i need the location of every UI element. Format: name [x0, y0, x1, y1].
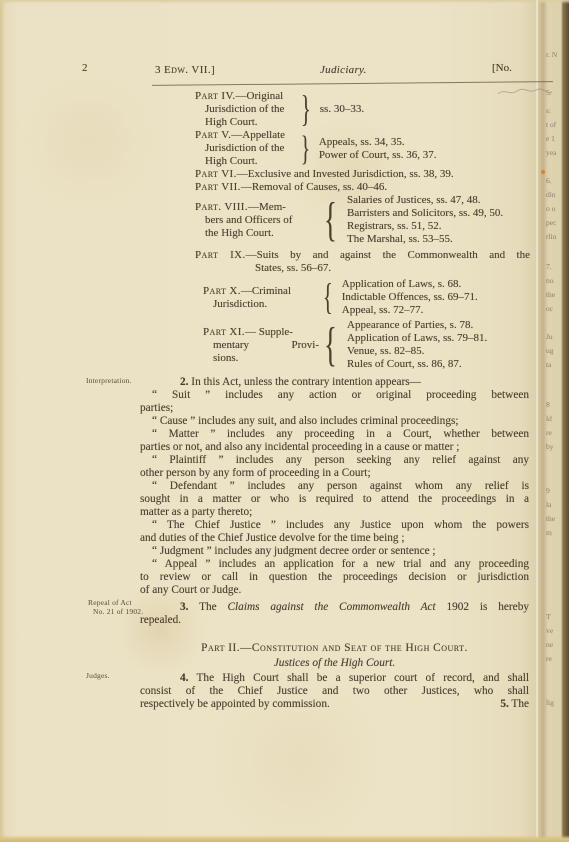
toc-part-11-sections: Rules of Court, ss. 86, 87.	[347, 358, 487, 371]
edge-text-fragment: ta	[546, 360, 552, 369]
toc-part-4-sections: ss. 30–33.	[320, 103, 364, 116]
toc-part-10-line1: Part X.—Criminal	[203, 285, 319, 298]
edge-text-fragment: lig	[546, 698, 554, 707]
edge-text-fragment: pec	[546, 218, 557, 227]
part-title: —Mem-	[248, 201, 286, 213]
definition-judgment: “ Judgment ” includes any judgment decre…	[140, 545, 529, 558]
foxing-spot	[541, 170, 545, 174]
edge-text-fragment: Ju	[546, 332, 553, 341]
margin-note-repeal: Repeal of Act No. 21 of 1902.	[88, 599, 143, 616]
edge-text-fragment: ne	[546, 640, 553, 649]
edge-text-fragment: ve	[546, 626, 553, 635]
edge-text-fragment: o o	[546, 204, 556, 213]
toc-part-8-line1: Part. VIII.—Mem-	[195, 201, 319, 214]
edge-text-fragment: 9	[546, 486, 550, 495]
definition-appeal: to review or call in question the procee…	[140, 571, 529, 584]
margin-note-repeal-line2: No. 21 of 1902.	[88, 608, 143, 617]
part-title: —Criminal	[241, 285, 291, 297]
part-title: —Appellate	[231, 129, 285, 141]
page-number: 2	[82, 62, 88, 74]
part-label: Part V.	[195, 129, 231, 141]
part-title: —Removal of Causes, ss. 40–46.	[241, 181, 387, 193]
edge-text-fragment: oc	[546, 304, 553, 313]
brace-glyph: {	[324, 196, 337, 244]
edge-text-fragment: rlin	[546, 232, 557, 241]
page-gutter-crease	[536, 0, 538, 842]
table-of-parts: Part IV.—Original Jurisdiction of the Hi…	[140, 90, 532, 371]
section-text: In this Act, unless the contrary intenti…	[188, 376, 420, 388]
edge-text-fragment: m	[546, 528, 552, 537]
toc-part-4: Part IV.—Original Jurisdiction of the Hi…	[140, 90, 532, 129]
toc-part-5: Part V.—Appellate Jurisdiction of the Hi…	[140, 129, 532, 168]
edge-text-fragment: 8	[546, 400, 550, 409]
toc-part-11-sections: Venue, ss. 82–85.	[347, 345, 487, 358]
section-4-judges: consist of the Chief Justice and two oth…	[140, 685, 529, 698]
definition-matter: “ Matter ” includes any proceeding in a …	[140, 428, 529, 441]
section-4-judges: 4. The High Court shall be a superior co…	[140, 672, 529, 685]
header-act-number: [No.	[492, 62, 512, 74]
spacer	[140, 627, 529, 642]
catchword-text: The	[509, 698, 529, 710]
definition-chief-justice: “ The Chief Justice ” includes any Justi…	[140, 519, 529, 532]
header-rule	[152, 81, 553, 86]
toc-part-5-line2: Jurisdiction of the	[195, 142, 297, 155]
part-title: —Original	[236, 90, 284, 102]
section-text: The High Court shall be a superior court…	[188, 672, 529, 684]
edge-text-fragment: yea	[546, 148, 557, 157]
definition-chief-justice: and duties of the Chief Justice devolve …	[140, 532, 529, 545]
section-text: respectively be appointed by commission.	[140, 698, 330, 711]
edge-text-fragment: T	[546, 612, 551, 621]
toc-part-11-sections: Application of Laws, ss. 79–81.	[347, 332, 487, 345]
definition-appeal: “ Appeal ” includes an application for a…	[140, 558, 529, 571]
toc-part-10-sections: Appeal, ss. 72–77.	[342, 304, 478, 317]
toc-part-10-line2: Jurisdiction.	[203, 298, 319, 311]
definition-plaintiff: other person by any form of proceeding i…	[140, 467, 529, 480]
section-text: 1902 is hereby	[436, 601, 529, 613]
toc-part-11-sections: Appearance of Parties, s. 78.	[347, 319, 487, 332]
toc-part-6: Part VI.—Exclusive and Invested Jurisdic…	[140, 168, 532, 181]
toc-part-4-line2: Jurisdiction of the	[195, 103, 297, 116]
edge-text-fragment: ld	[546, 414, 552, 423]
edge-text-fragment: ug	[546, 346, 554, 355]
part-title: —Exclusive and Invested Jurisdiction, ss…	[237, 168, 454, 180]
edge-text-fragment: the	[546, 514, 555, 523]
definition-suit: “ Suit ” includes any action or original…	[140, 389, 529, 402]
edge-text-fragment: re	[546, 654, 552, 663]
edge-text-fragment: re	[546, 428, 552, 437]
part-label: Part IV.	[195, 90, 236, 102]
edge-text-fragment: la	[546, 500, 552, 509]
part-title: —Suits by and against the Commonwealth a…	[246, 249, 530, 261]
definition-plaintiff: “ Plaintiff ” includes any person seekin…	[140, 454, 529, 467]
toc-part-8-line3: the High Court.	[195, 227, 319, 240]
edge-text-fragment: s:	[546, 106, 551, 115]
toc-part-10-sections: Indictable Offences, ss. 69–71.	[342, 291, 478, 304]
margin-note-judges: Judges.	[86, 672, 110, 681]
part-label: Part VI.	[195, 168, 237, 180]
scanned-statute-page: r. N5.s:t ofe 1yea6.dino opecrlin7.nothe…	[0, 0, 569, 842]
margin-note-interpretation: Interpretation.	[86, 377, 132, 386]
header-short-title: Judiciary.	[320, 64, 367, 76]
edge-text-fragment: din	[546, 190, 556, 199]
edge-text-fragment: the	[546, 290, 555, 299]
toc-part-5-sections: Power of Court, ss. 36, 37.	[319, 149, 437, 162]
toc-part-5-line3: High Court.	[195, 155, 297, 168]
edge-text-fragment: 7.	[546, 262, 552, 271]
toc-part-10: Part X.—Criminal Jurisdiction. { Applica…	[140, 278, 532, 317]
part-label: Part XI.	[203, 326, 245, 338]
toc-part-5-sections: Appeals, ss. 34, 35.	[319, 136, 437, 149]
toc-part-8-line2: bers and Officers of	[195, 214, 319, 227]
section-3-repeal: 3. The Claims against the Commonwealth A…	[140, 601, 529, 614]
part-label: Part. VIII.	[195, 201, 248, 213]
section-number: 5.	[500, 698, 508, 710]
brace-glyph: {	[324, 321, 337, 369]
header-regnal-year: 3 Edw. VII.]	[155, 64, 215, 76]
toc-part-9-sections: States, ss. 56–67.	[140, 262, 532, 275]
definition-suit: parties;	[140, 402, 529, 415]
part-title: — Supple-	[245, 326, 293, 338]
toc-part-9: Part IX.—Suits by and against the Common…	[140, 249, 532, 275]
toc-part-11-line2: mentary Provi-	[203, 339, 319, 352]
definition-appeal: of any Court or Judge.	[140, 584, 529, 597]
brace-glyph: }	[301, 131, 310, 166]
edge-text-fragment: by	[546, 442, 554, 451]
section-3-repeal: repealed.	[140, 614, 529, 627]
toc-part-8: Part. VIII.—Mem- bers and Officers of th…	[140, 194, 532, 246]
edge-text-fragment: no	[546, 276, 554, 285]
section-2-opening: 2. In this Act, unless the contrary inte…	[140, 376, 529, 389]
part-label: Part VII.	[195, 181, 241, 193]
toc-part-10-sections: Application of Laws, s. 68.	[342, 278, 478, 291]
definition-cause: “ Cause ” includes any suit, and also in…	[140, 415, 529, 428]
edge-text-fragment: e 1	[546, 134, 555, 143]
justices-subheading: Justices of the High Court.	[140, 657, 529, 670]
toc-part-5-line1: Part V.—Appellate	[195, 129, 297, 142]
toc-part-4-line3: High Court.	[195, 116, 297, 129]
definition-defendant: matter as a party thereto;	[140, 506, 529, 519]
brace-glyph: {	[323, 279, 333, 316]
toc-part-11-line1: Part XI.— Supple-	[203, 326, 319, 339]
next-page-edge: r. N5.s:t ofe 1yea6.dino opecrlin7.nothe…	[541, 0, 569, 842]
toc-part-8-sections: Registrars, ss. 51, 52.	[347, 220, 503, 233]
definition-defendant: sought in a matter or who is required to…	[140, 493, 529, 506]
toc-part-11: Part XI.— Supple- mentary Provi- sions. …	[140, 319, 532, 371]
definition-defendant: “ Defendant ” includes any person agains…	[140, 480, 529, 493]
edge-text-fragment: 6.	[546, 176, 552, 185]
part-label: Part IX.	[195, 249, 246, 261]
toc-part-4-line1: Part IV.—Original	[195, 90, 297, 103]
body-text: 2. In this Act, unless the contrary inte…	[140, 376, 529, 711]
toc-part-11-line3: sions.	[203, 352, 319, 365]
toc-part-8-sections: Barristers and Solicitors, ss. 49, 50.	[347, 207, 503, 220]
section-4-last-line: respectively be appointed by commission.…	[140, 698, 529, 711]
definition-matter: parties or not, and also any incidental …	[140, 441, 529, 454]
part-label: Part X.	[203, 285, 241, 297]
toc-part-8-sections: Salaries of Justices, ss. 47, 48.	[347, 194, 503, 207]
brace-glyph: }	[301, 91, 311, 128]
catchword: 5. The	[500, 698, 529, 711]
edge-text-fragment: r. N	[546, 50, 557, 59]
toc-part-8-sections: The Marshal, ss. 53–55.	[347, 233, 503, 246]
cited-act-title: Claims against the Commonwealth Act	[228, 601, 436, 613]
edge-text-fragment: t of	[546, 120, 556, 129]
part-2-heading: Part II.—Constitution and Seat of the Hi…	[140, 642, 529, 655]
section-text: The	[188, 601, 227, 613]
